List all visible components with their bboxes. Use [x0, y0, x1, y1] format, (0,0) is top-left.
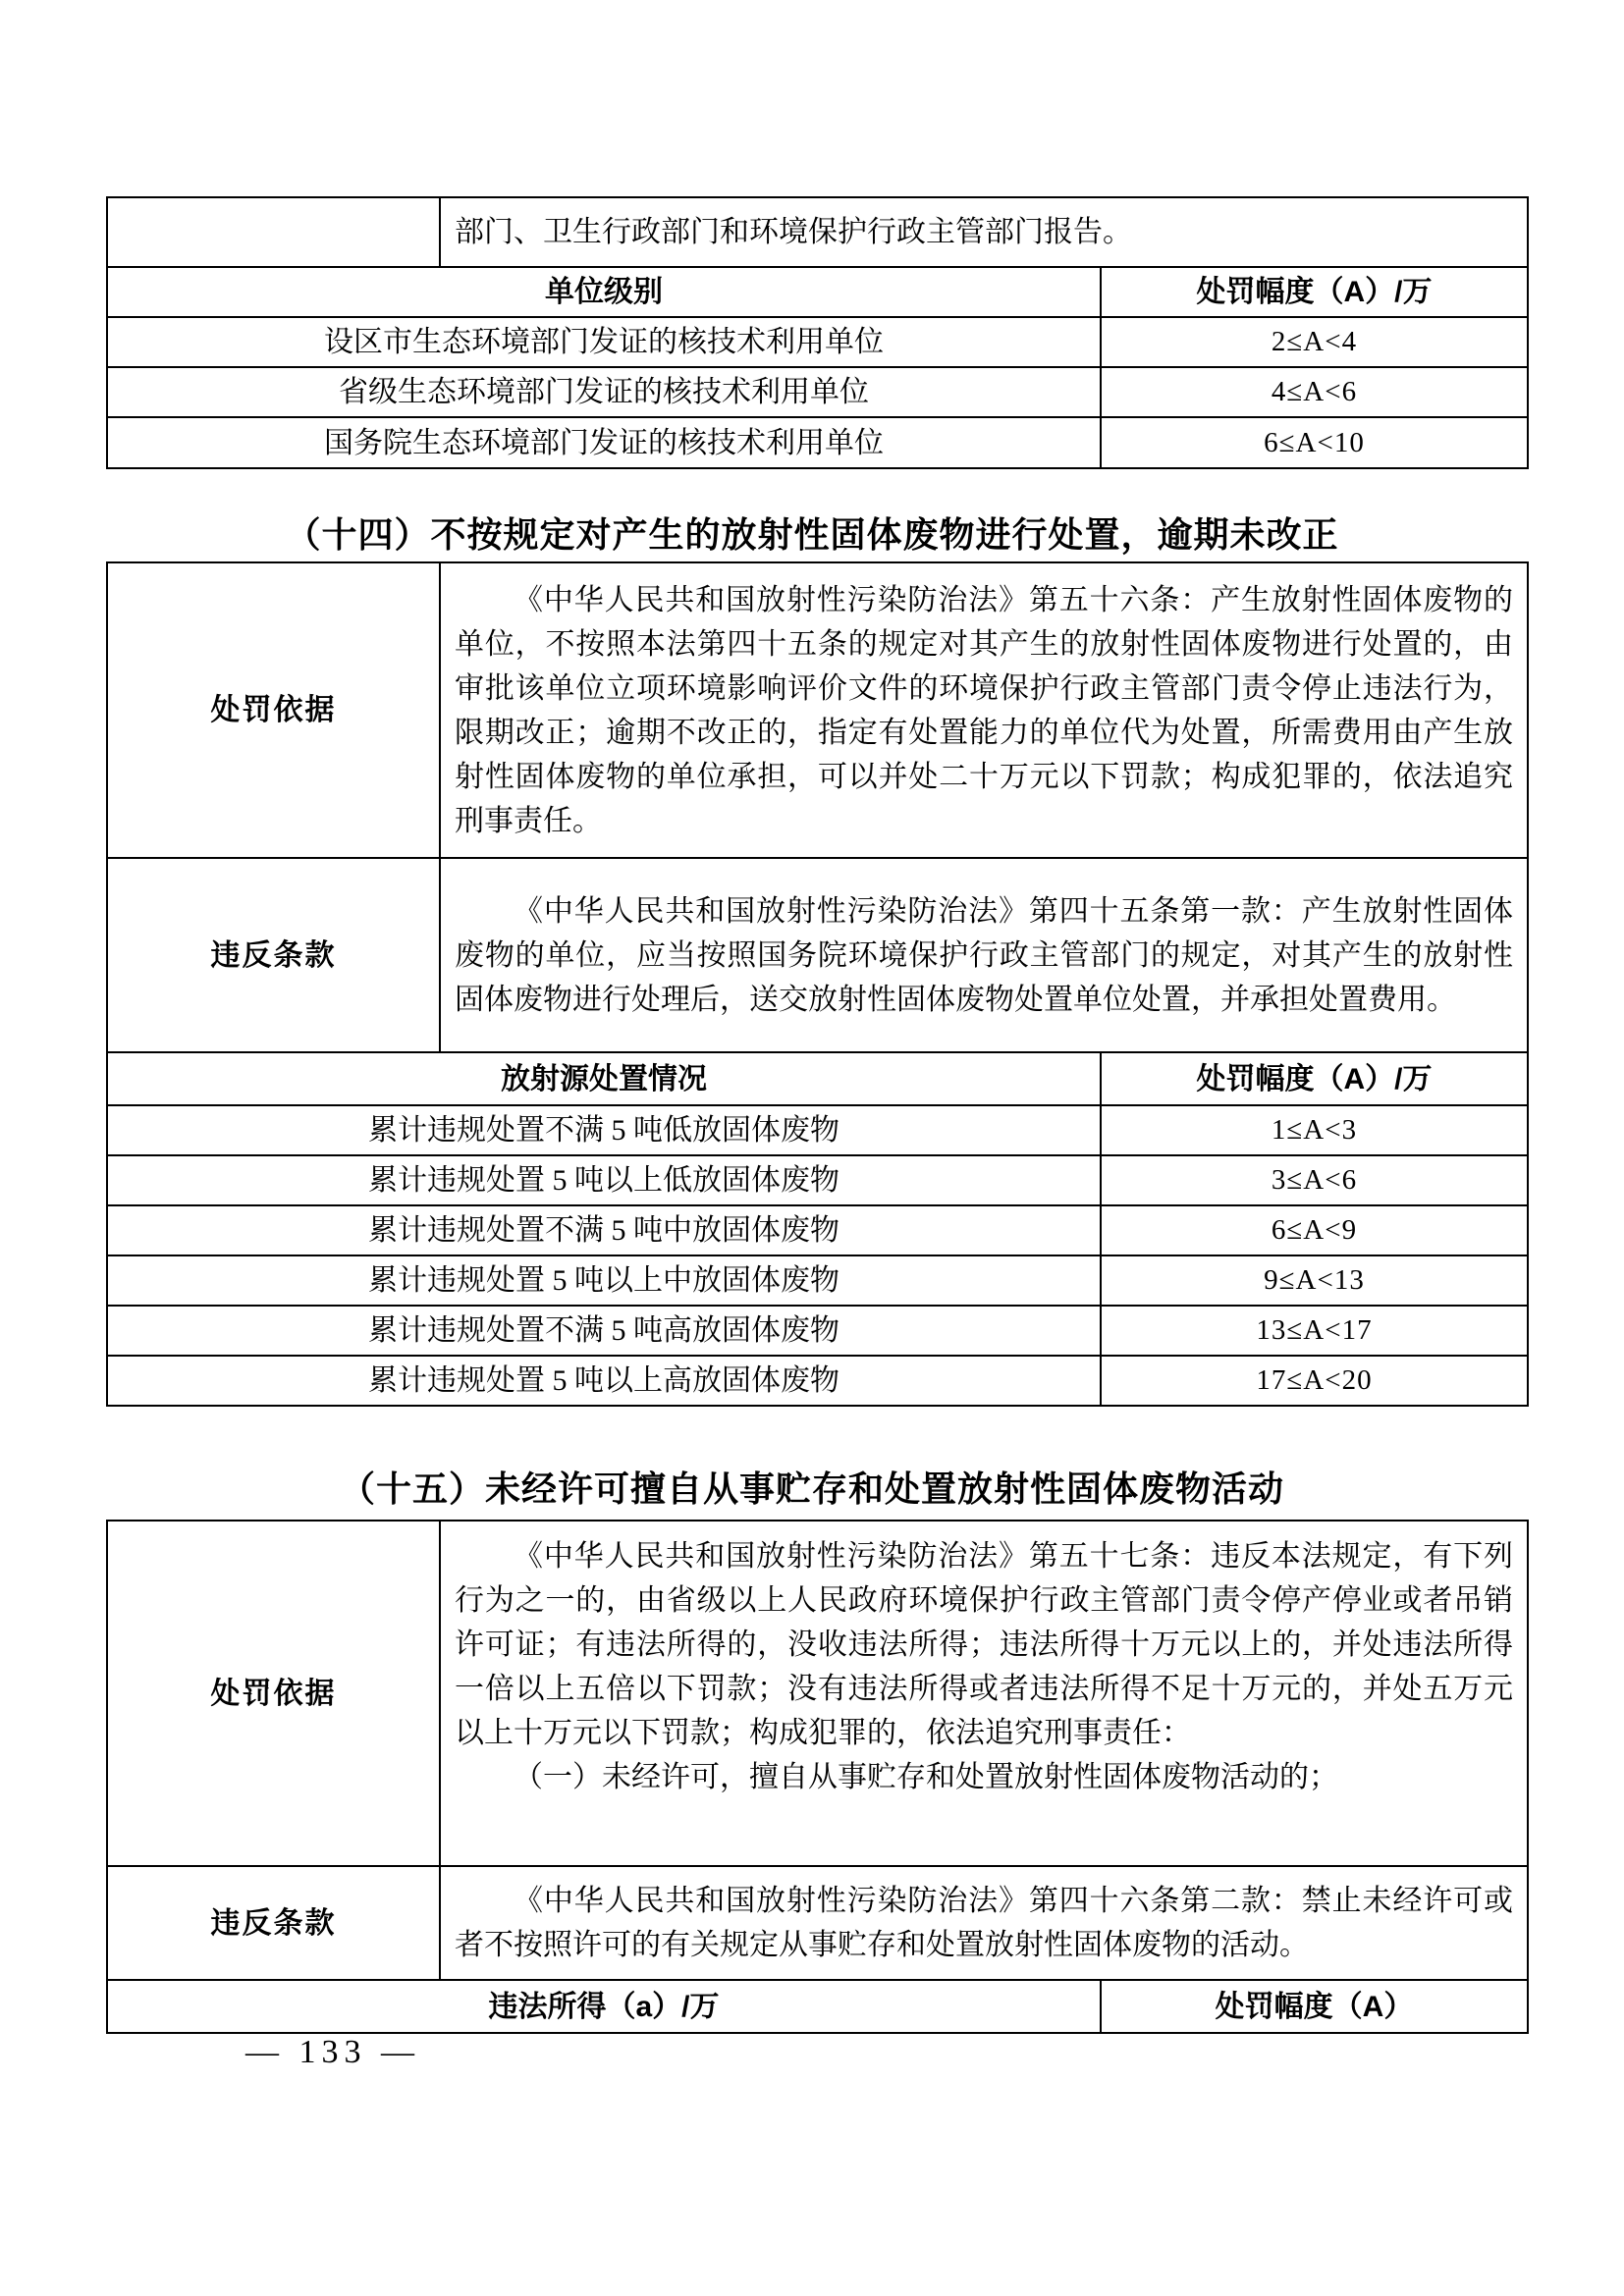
- disposal-situation-text: 累计违规处置 5 吨以上高放固体废物: [368, 1359, 839, 1403]
- header-cell-penalty-range: 处罚幅度（A）/万: [1102, 1053, 1527, 1104]
- penalty-range-cell: 4≤A<6: [1102, 368, 1527, 416]
- basis-label: 处罚依据: [211, 688, 337, 732]
- page-number: — 133 —: [245, 2034, 420, 2071]
- violation-text: 《中华人民共和国放射性污染防治法》第四十五条第一款：产生放射性固体废物的单位，应…: [455, 889, 1513, 1022]
- violation-text-cell: 《中华人民共和国放射性污染防治法》第四十六条第二款：禁止未经许可或者不按照许可的…: [441, 1867, 1527, 1979]
- violation-label: 违反条款: [211, 934, 337, 978]
- basis-label-cell: 处罚依据: [108, 563, 441, 857]
- penalty-range-cell: 13≤A<17: [1102, 1307, 1527, 1355]
- table-row: 累计违规处置不满 5 吨中放固体废物 6≤A<9: [108, 1204, 1527, 1255]
- basis-text-cell: 《中华人民共和国放射性污染防治法》第五十六条：产生放射性固体废物的单位，不按照本…: [441, 563, 1527, 857]
- column-header: 单位级别: [545, 270, 663, 314]
- table-row: 省级生态环境部门发证的核技术利用单位 4≤A<6: [108, 366, 1527, 416]
- unit-level-text: 省级生态环境部门发证的核技术利用单位: [339, 370, 869, 414]
- penalty-table-unlicensed-storage-disposal: 处罚依据 《中华人民共和国放射性污染防治法》第五十七条：违反本法规定，有下列行为…: [106, 1520, 1529, 2034]
- penalty-range-cell: 6≤A<9: [1102, 1206, 1527, 1255]
- unit-level-cell: 省级生态环境部门发证的核技术利用单位: [108, 368, 1102, 416]
- section-15-heading: （十五）未经许可擅自从事贮存和处置放射性固体废物活动: [0, 1467, 1624, 1512]
- header-cell-penalty-range: 处罚幅度（A）: [1102, 1981, 1527, 2032]
- penalty-range-value: 2≤A<4: [1272, 320, 1357, 364]
- table-row: 累计违规处置不满 5 吨低放固体废物 1≤A<3: [108, 1104, 1527, 1154]
- penalty-range-value: 13≤A<17: [1256, 1308, 1372, 1353]
- penalty-range-value: 17≤A<20: [1256, 1359, 1372, 1403]
- section-14-heading: （十四）不按规定对产生的放射性固体废物进行处置，逾期未改正: [0, 512, 1624, 558]
- column-header: 处罚幅度（A）: [1216, 1985, 1414, 2029]
- penalty-range-cell: 1≤A<3: [1102, 1106, 1527, 1154]
- disposal-situation-cell: 累计违规处置不满 5 吨低放固体废物: [108, 1106, 1102, 1154]
- unit-level-text: 国务院生态环境部门发证的核技术利用单位: [324, 421, 884, 465]
- disposal-situation-cell: 累计违规处置 5 吨以上高放固体废物: [108, 1357, 1102, 1405]
- table-row: 国务院生态环境部门发证的核技术利用单位 6≤A<10: [108, 416, 1527, 467]
- disposal-situation-cell: 累计违规处置 5 吨以上中放固体废物: [108, 1256, 1102, 1305]
- table-row: 累计违规处置 5 吨以上低放固体废物 3≤A<6: [108, 1154, 1527, 1204]
- table-row: 设区市生态环境部门发证的核技术利用单位 2≤A<4: [108, 316, 1527, 366]
- penalty-range-value: 6≤A<9: [1272, 1208, 1357, 1253]
- column-header: 处罚幅度（A）/万: [1197, 270, 1433, 314]
- column-header: 放射源处置情况: [501, 1057, 707, 1101]
- column-header: 违法所得（a）/万: [488, 1985, 719, 2029]
- violation-text: 《中华人民共和国放射性污染防治法》第四十六条第二款：禁止未经许可或者不按照许可的…: [455, 1879, 1513, 1967]
- column-header: 处罚幅度（A）/万: [1197, 1057, 1433, 1101]
- continuation-text-cell: 部门、卫生行政部门和环境保护行政主管部门报告。: [441, 198, 1527, 266]
- violation-label-cell: 违反条款: [108, 1867, 441, 1979]
- penalty-table-solid-waste-disposal: 处罚依据 《中华人民共和国放射性污染防治法》第五十六条：产生放射性固体废物的单位…: [106, 561, 1529, 1407]
- table-header-row: 违法所得（a）/万 处罚幅度（A）: [108, 1979, 1527, 2032]
- penalty-range-cell: 3≤A<6: [1102, 1156, 1527, 1204]
- violation-text-cell: 《中华人民共和国放射性污染防治法》第四十五条第一款：产生放射性固体废物的单位，应…: [441, 859, 1527, 1051]
- basis-text-paragraph-2: （一）未经许可，擅自从事贮存和处置放射性固体废物活动的；: [455, 1755, 1513, 1799]
- penalty-range-cell: 9≤A<13: [1102, 1256, 1527, 1305]
- table-header-row: 单位级别 处罚幅度（A）/万: [108, 266, 1527, 316]
- penalty-range-value: 6≤A<10: [1264, 421, 1365, 465]
- disposal-situation-cell: 累计违规处置不满 5 吨高放固体废物: [108, 1307, 1102, 1355]
- disposal-situation-text: 累计违规处置不满 5 吨低放固体废物: [368, 1108, 839, 1152]
- unit-level-cell: 国务院生态环境部门发证的核技术利用单位: [108, 418, 1102, 467]
- disposal-situation-text: 累计违规处置不满 5 吨高放固体废物: [368, 1308, 839, 1353]
- penalty-range-value: 1≤A<3: [1272, 1108, 1357, 1152]
- basis-row: 处罚依据 《中华人民共和国放射性污染防治法》第五十六条：产生放射性固体废物的单位…: [108, 563, 1527, 857]
- disposal-situation-text: 累计违规处置 5 吨以上低放固体废物: [368, 1158, 839, 1202]
- violation-label-cell: 违反条款: [108, 859, 441, 1051]
- basis-text: 《中华人民共和国放射性污染防治法》第五十六条：产生放射性固体废物的单位，不按照本…: [455, 578, 1513, 843]
- continuation-text: 部门、卫生行政部门和环境保护行政主管部门报告。: [455, 210, 1132, 254]
- disposal-situation-text: 累计违规处置不满 5 吨中放固体废物: [368, 1208, 839, 1253]
- penalty-range-value: 9≤A<13: [1264, 1258, 1365, 1303]
- basis-row: 处罚依据 《中华人民共和国放射性污染防治法》第五十七条：违反本法规定，有下列行为…: [108, 1522, 1527, 1865]
- table-row: 累计违规处置不满 5 吨高放固体废物 13≤A<17: [108, 1305, 1527, 1355]
- basis-text-paragraph-1: 《中华人民共和国放射性污染防治法》第五十七条：违反本法规定，有下列行为之一的，由…: [455, 1534, 1513, 1755]
- disposal-situation-cell: 累计违规处置 5 吨以上低放固体废物: [108, 1156, 1102, 1204]
- violation-row: 违反条款 《中华人民共和国放射性污染防治法》第四十五条第一款：产生放射性固体废物…: [108, 857, 1527, 1051]
- penalty-range-value: 3≤A<6: [1272, 1158, 1357, 1202]
- document-page: 部门、卫生行政部门和环境保护行政主管部门报告。 单位级别 处罚幅度（A）/万 设…: [0, 0, 1624, 2296]
- penalty-table-unit-level: 部门、卫生行政部门和环境保护行政主管部门报告。 单位级别 处罚幅度（A）/万 设…: [106, 196, 1529, 469]
- penalty-range-cell: 17≤A<20: [1102, 1357, 1527, 1405]
- penalty-range-value: 4≤A<6: [1272, 370, 1357, 414]
- table-row: 累计违规处置 5 吨以上中放固体废物 9≤A<13: [108, 1255, 1527, 1305]
- empty-label-cell: [108, 198, 441, 266]
- unit-level-text: 设区市生态环境部门发证的核技术利用单位: [324, 320, 884, 364]
- penalty-range-cell: 6≤A<10: [1102, 418, 1527, 467]
- header-cell-penalty-range: 处罚幅度（A）/万: [1102, 268, 1527, 316]
- disposal-situation-text: 累计违规处置 5 吨以上中放固体废物: [368, 1258, 839, 1303]
- table-row: 部门、卫生行政部门和环境保护行政主管部门报告。: [108, 198, 1527, 266]
- table-row: 累计违规处置 5 吨以上高放固体废物 17≤A<20: [108, 1355, 1527, 1405]
- violation-row: 违反条款 《中华人民共和国放射性污染防治法》第四十六条第二款：禁止未经许可或者不…: [108, 1865, 1527, 1979]
- penalty-range-cell: 2≤A<4: [1102, 318, 1527, 366]
- basis-label-cell: 处罚依据: [108, 1522, 441, 1865]
- header-cell-disposal-situation: 放射源处置情况: [108, 1053, 1102, 1104]
- table-header-row: 放射源处置情况 处罚幅度（A）/万: [108, 1051, 1527, 1104]
- basis-text-cell: 《中华人民共和国放射性污染防治法》第五十七条：违反本法规定，有下列行为之一的，由…: [441, 1522, 1527, 1865]
- unit-level-cell: 设区市生态环境部门发证的核技术利用单位: [108, 318, 1102, 366]
- basis-label: 处罚依据: [211, 1672, 337, 1716]
- header-cell-unit-level: 单位级别: [108, 268, 1102, 316]
- violation-label: 违反条款: [211, 1901, 337, 1946]
- disposal-situation-cell: 累计违规处置不满 5 吨中放固体废物: [108, 1206, 1102, 1255]
- header-cell-illegal-income: 违法所得（a）/万: [108, 1981, 1102, 2032]
